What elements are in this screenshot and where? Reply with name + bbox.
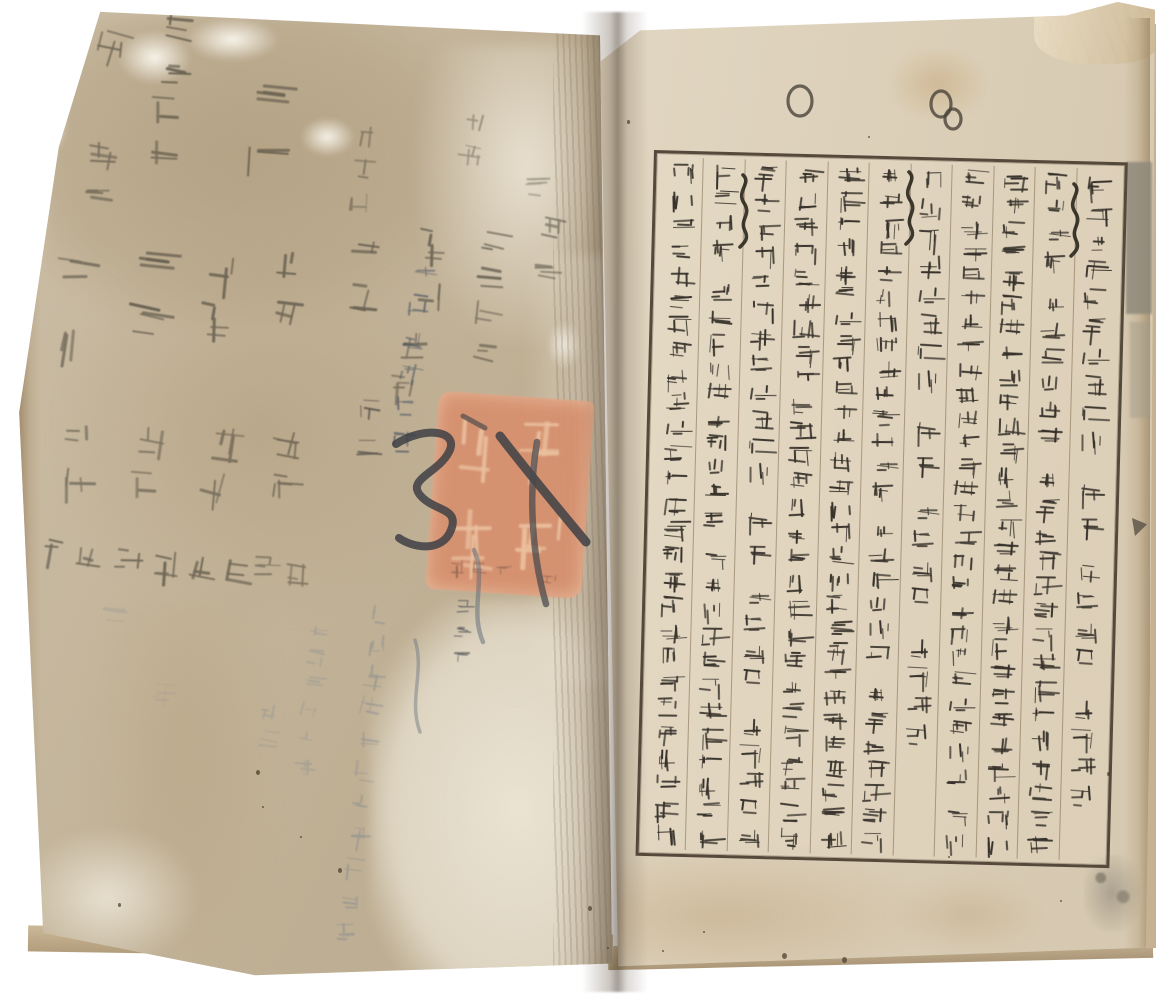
- handwriting-run: [267, 246, 314, 347]
- handwriting-run: [522, 167, 553, 206]
- text-frame: [636, 150, 1128, 868]
- handwriting-run: [410, 227, 452, 318]
- torn-spot: [23, 85, 69, 160]
- handwriting-run: [455, 107, 488, 178]
- handwriting-run: [195, 250, 242, 351]
- handwriting-run: [248, 551, 319, 594]
- handwriting-run: [387, 257, 434, 464]
- handwriting-run: [148, 679, 177, 716]
- torn-spot: [300, 117, 355, 157]
- handwriting-run: [334, 600, 394, 949]
- handwriting-run: [241, 78, 290, 184]
- handwriting-run: [530, 213, 567, 294]
- foxing-speck: [842, 957, 847, 963]
- paper-patch-light-bottomright: [370, 600, 615, 980]
- handwriting-run: [156, 11, 198, 102]
- handwriting-run: [195, 422, 239, 518]
- stain-bottom-mid: [898, 880, 1038, 950]
- torn-spot: [547, 320, 583, 370]
- book-photo: [0, 0, 1163, 999]
- printed-columns: [645, 159, 1119, 859]
- handwriting-run: [386, 329, 423, 410]
- seal-script-pattern: [514, 412, 575, 490]
- red-seal-stamp: [425, 391, 594, 599]
- handwriting-run: [255, 699, 283, 760]
- paper-patch-dark-top: [45, 15, 475, 325]
- handwriting-run: [345, 121, 381, 226]
- seal-script-pattern: [445, 500, 506, 578]
- foxing-speck: [338, 868, 342, 873]
- right-fore-edge: [1124, 18, 1150, 948]
- handwriting-run: [126, 419, 168, 510]
- paper-patch-light-topright: [415, 45, 600, 345]
- foxing-speck: [588, 906, 592, 911]
- left-page: [15, 5, 615, 985]
- crumpled-corner: [1034, 0, 1160, 64]
- torn-spot: [117, 30, 192, 85]
- paper-patch-light-bottomleft: [20, 830, 195, 965]
- edge-mark: [1132, 518, 1147, 536]
- edge-smudge-light: [1130, 322, 1150, 418]
- seal-script-pattern: [452, 408, 513, 486]
- seal-script-pattern: [507, 504, 568, 582]
- handwriting-run: [80, 135, 120, 221]
- handwriting-run: [448, 597, 474, 672]
- stain-bottom-left: [588, 850, 928, 970]
- stain-blot-top: [893, 50, 983, 118]
- handwriting-run: [56, 419, 98, 510]
- handwriting-run: [292, 619, 329, 781]
- foxing-speck: [256, 770, 260, 775]
- foxing-speck: [627, 120, 630, 124]
- torn-spot: [185, 17, 280, 62]
- handwriting-run: [340, 235, 382, 326]
- edge-smudge-dark: [1126, 162, 1152, 314]
- left-fore-edge: [15, 113, 41, 943]
- foxing-speck: [1107, 772, 1110, 776]
- handwriting-run: [123, 244, 174, 355]
- handwriting-run: [466, 299, 503, 380]
- handwriting-run: [351, 397, 386, 473]
- handwriting-run: [141, 86, 185, 182]
- handwriting-run: [470, 221, 510, 307]
- handwriting-run: [98, 599, 129, 638]
- right-page: [598, 0, 1160, 978]
- foxing-speck: [118, 903, 121, 907]
- handwriting-run: [33, 530, 260, 599]
- paper-patch-dark-mid: [60, 245, 460, 615]
- handwriting-run: [93, 26, 128, 71]
- foxing-speck: [782, 953, 787, 959]
- handwriting-run: [46, 242, 95, 367]
- paper-patch-dark-bottom: [95, 605, 275, 975]
- handwriting-run: [264, 427, 306, 518]
